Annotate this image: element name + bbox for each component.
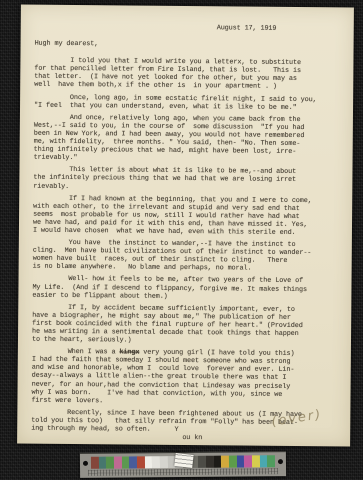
letter-line: ou kn — [31, 433, 338, 444]
calibration-hole-right — [278, 459, 283, 464]
color-patch — [252, 455, 260, 467]
letter-paragraph: If I had known at the beginning, that yo… — [33, 194, 340, 237]
color-patch — [244, 455, 252, 467]
color-patch — [237, 455, 245, 467]
letter-paragraph: And once, relatively long ago, when you … — [34, 113, 341, 164]
color-calibration-bar — [80, 451, 286, 478]
letter-paragraph: Once, long ago, in some ecstatic firelit… — [34, 93, 341, 112]
color-patch — [91, 457, 99, 469]
color-patch — [214, 456, 222, 468]
calibration-label-sticker — [174, 453, 193, 468]
letter-paragraph: I told you that I would write you a lett… — [34, 57, 341, 92]
color-patch — [106, 457, 114, 469]
color-patch — [137, 456, 145, 468]
letter-line: "I feel that you can understand, even, w… — [34, 101, 341, 112]
calibration-hole-left — [83, 461, 88, 466]
calibration-micro-text — [88, 468, 278, 476]
letter-paper: August 17, 1919 Hugh my dearest, I told … — [17, 5, 354, 447]
color-patch — [99, 457, 107, 469]
letter-line: is no blame anywhere. No blame and perha… — [33, 263, 340, 274]
letter-salutation: Hugh my dearest, — [35, 40, 342, 51]
color-patch — [152, 456, 160, 468]
letter-paragraph: You have the instinct to wander,--I have… — [33, 239, 340, 274]
color-patch — [221, 456, 229, 468]
letter-paragraph: If I, by accident became sufficiently im… — [32, 303, 339, 346]
letter-paragraph: When I was a kingx very young girl (I ha… — [31, 348, 338, 407]
letter-paragraph: Well- how it feels to be me, after two y… — [32, 275, 339, 302]
color-patch — [206, 456, 214, 468]
color-patch — [129, 456, 137, 468]
color-patch — [160, 456, 168, 468]
color-patch — [260, 455, 268, 467]
color-patch — [114, 457, 122, 469]
scanned-letter-photo: { "page": { "background_color": "#1b1b1b… — [0, 0, 363, 480]
letter-line: first were lovers. — [31, 396, 338, 407]
color-patch — [229, 456, 237, 468]
letter-body: I told you that I would write you a lett… — [31, 57, 341, 444]
color-patch — [122, 456, 130, 468]
letter-line: I would have chosen what we have had, ev… — [33, 227, 340, 238]
letter-date: August 17, 1919 — [217, 24, 342, 33]
color-patch — [145, 456, 153, 468]
letter-paragraph: This letter is about what it is like to … — [33, 166, 340, 193]
color-patch — [267, 455, 275, 467]
color-patch — [198, 456, 206, 468]
